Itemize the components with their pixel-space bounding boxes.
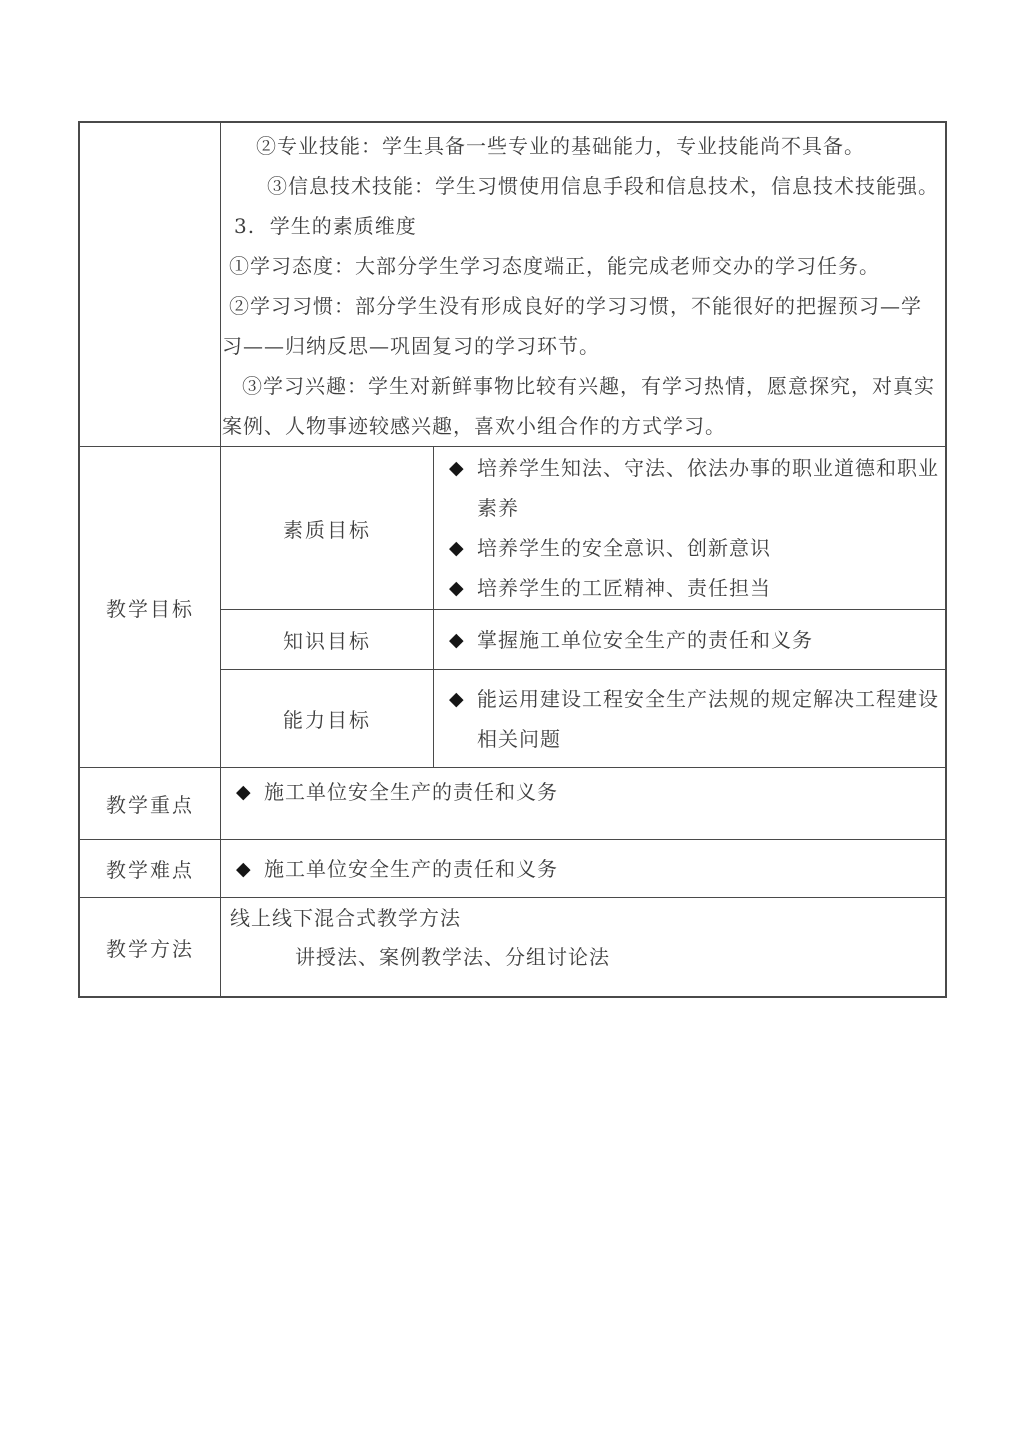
diamond-bullet-icon: ◆ [236, 772, 264, 812]
list-item: ◆ 施工单位安全生产的责任和义务 [221, 849, 945, 889]
teaching-goals-label-cell: 教学目标 [80, 447, 221, 767]
ability-goal-label-cell: 能力目标 [221, 670, 434, 767]
lesson-plan-table: ②专业技能：学生具备一些专业的基础能力，专业技能尚不具备。 ③信息技术技能：学生… [78, 121, 947, 998]
row-student-analysis: ②专业技能：学生具备一些专业的基础能力，专业技能尚不具备。 ③信息技术技能：学生… [80, 123, 945, 446]
list-item: ◆ 能运用建设工程安全生产法规的规定解决工程建设相关问题 [434, 679, 945, 759]
knowledge-goal-label: 知识目标 [283, 625, 371, 654]
list-item-text: 施工单位安全生产的责任和义务 [264, 849, 945, 889]
knowledge-goal-label-cell: 知识目标 [221, 610, 434, 669]
ability-goal-label: 能力目标 [283, 704, 371, 733]
list-item: ◆ 培养学生的安全意识、创新意识 [434, 528, 945, 568]
diamond-bullet-icon: ◆ [449, 448, 477, 528]
teaching-methods-label: 教学方法 [106, 933, 194, 962]
student-analysis-label-cell-empty [80, 123, 221, 446]
text-line: 案例、人物事迹较感兴趣，喜欢小组合作的方式学习。 [221, 406, 945, 446]
diamond-bullet-icon: ◆ [449, 620, 477, 660]
list-item: ◆ 培养学生的工匠精神、责任担当 [434, 568, 945, 608]
row-difficult-points: 教学难点 ◆ 施工单位安全生产的责任和义务 [80, 839, 945, 897]
difficult-points-label: 教学难点 [106, 854, 194, 883]
difficult-points-label-cell: 教学难点 [80, 840, 221, 897]
diamond-bullet-icon: ◆ [236, 849, 264, 889]
text-line: 讲授法、案例教学法、分组讨论法 [230, 938, 945, 977]
list-item-text: 掌握施工单位安全生产的责任和义务 [477, 620, 945, 660]
list-item-text: 培养学生的安全意识、创新意识 [477, 528, 945, 568]
teaching-goals-subrows: 素质目标 ◆ 培养学生知法、守法、依法办事的职业道德和职业素养 ◆ 培养学生的安… [221, 447, 945, 767]
key-points-label-cell: 教学重点 [80, 768, 221, 839]
list-item-text: 能运用建设工程安全生产法规的规定解决工程建设相关问题 [477, 679, 945, 759]
diamond-bullet-icon: ◆ [449, 528, 477, 568]
diamond-bullet-icon: ◆ [449, 568, 477, 608]
row-teaching-methods: 教学方法 线上线下混合式教学方法 讲授法、案例教学法、分组讨论法 [80, 897, 945, 996]
list-item-text: 施工单位安全生产的责任和义务 [264, 772, 945, 812]
row-teaching-goals: 教学目标 素质目标 ◆ 培养学生知法、守法、依法办事的职业道德和职业素养 ◆ [80, 446, 945, 767]
knowledge-goal-content-cell: ◆ 掌握施工单位安全生产的责任和义务 [434, 610, 945, 669]
subrow-knowledge-goal: 知识目标 ◆ 掌握施工单位安全生产的责任和义务 [221, 609, 945, 669]
diamond-bullet-icon: ◆ [449, 679, 477, 759]
subrow-ability-goal: 能力目标 ◆ 能运用建设工程安全生产法规的规定解决工程建设相关问题 [221, 669, 945, 767]
teaching-methods-label-cell: 教学方法 [80, 898, 221, 996]
row-key-points: 教学重点 ◆ 施工单位安全生产的责任和义务 [80, 767, 945, 839]
subrow-quality-goal: 素质目标 ◆ 培养学生知法、守法、依法办事的职业道德和职业素养 ◆ 培养学生的安… [221, 447, 945, 609]
key-points-label: 教学重点 [106, 789, 194, 818]
teaching-goals-label: 教学目标 [106, 593, 194, 622]
ability-goal-content-cell: ◆ 能运用建设工程安全生产法规的规定解决工程建设相关问题 [434, 670, 945, 767]
text-line: ②学习习惯：部分学生没有形成良好的学习习惯，不能很好的把握预习—学 [221, 286, 945, 326]
quality-goal-label: 素质目标 [283, 514, 371, 543]
text-line: 3. 学生的素质维度 [221, 206, 945, 246]
teaching-methods-content-cell: 线上线下混合式教学方法 讲授法、案例教学法、分组讨论法 [221, 898, 945, 996]
document-page: ②专业技能：学生具备一些专业的基础能力，专业技能尚不具备。 ③信息技术技能：学生… [0, 0, 1024, 1448]
key-points-content-cell: ◆ 施工单位安全生产的责任和义务 [221, 768, 945, 839]
quality-goal-content-cell: ◆ 培养学生知法、守法、依法办事的职业道德和职业素养 ◆ 培养学生的安全意识、创… [434, 447, 945, 609]
text-line: 习——归纳反思—巩固复习的学习环节。 [221, 326, 945, 366]
student-analysis-content-cell: ②专业技能：学生具备一些专业的基础能力，专业技能尚不具备。 ③信息技术技能：学生… [221, 123, 945, 446]
list-item: ◆ 培养学生知法、守法、依法办事的职业道德和职业素养 [434, 448, 945, 528]
difficult-points-content-cell: ◆ 施工单位安全生产的责任和义务 [221, 840, 945, 897]
text-line: ②专业技能：学生具备一些专业的基础能力，专业技能尚不具备。 [221, 126, 945, 166]
quality-goal-label-cell: 素质目标 [221, 447, 434, 609]
list-item: ◆ 施工单位安全生产的责任和义务 [221, 772, 945, 812]
list-item-text: 培养学生知法、守法、依法办事的职业道德和职业素养 [477, 448, 945, 528]
list-item-text: 培养学生的工匠精神、责任担当 [477, 568, 945, 608]
text-line: ①学习态度：大部分学生学习态度端正，能完成老师交办的学习任务。 [221, 246, 945, 286]
text-line: ③学习兴趣：学生对新鲜事物比较有兴趣，有学习热情，愿意探究，对真实 [221, 366, 945, 406]
text-line: 线上线下混合式教学方法 [230, 899, 945, 938]
text-line: ③信息技术技能：学生习惯使用信息手段和信息技术，信息技术技能强。 [221, 166, 945, 206]
list-item: ◆ 掌握施工单位安全生产的责任和义务 [434, 620, 945, 660]
